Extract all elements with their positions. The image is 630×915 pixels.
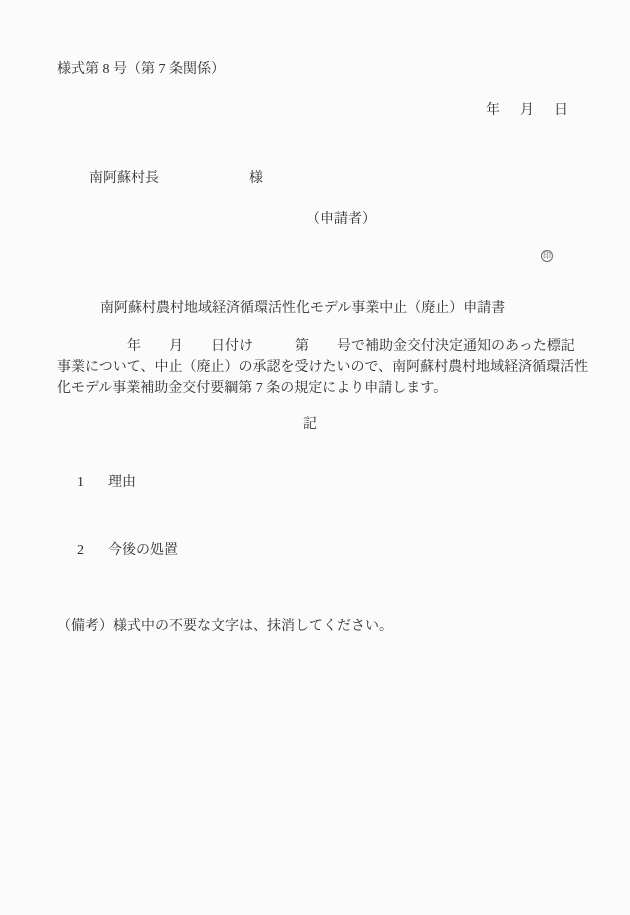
item-reason-label: 理由 (108, 475, 136, 490)
addressee-name: 南阿蘇村長 (89, 171, 159, 186)
applicant-label: （申請者） (306, 212, 376, 228)
addressee-line: 南阿蘇村長様 (75, 155, 263, 203)
item-future-measures: 2今後の処置 (63, 527, 178, 575)
document-title: 南阿蘇村農村地域経済循環活性化モデル事業中止（廃止）申請書 (100, 301, 505, 317)
item-reason: 1理由 (63, 459, 136, 507)
record-heading: 記 (303, 417, 317, 433)
body-paragraph-line-2: 事業について、中止（廃止）の承認を受けたいので、南阿蘇村農村地域経済循環活性 (57, 360, 588, 376)
item-future-measures-number: 2 (77, 543, 84, 558)
item-reason-number: 1 (77, 475, 84, 490)
addressee-honorific: 様 (249, 171, 263, 186)
item-future-measures-label: 今後の処置 (108, 543, 178, 558)
form-number-heading: 様式第 8 号（第 7 条関係） (57, 62, 225, 78)
remarks-note: （備考）様式中の不要な文字は、抹消してください。 (57, 619, 393, 635)
date-blank-line: 年 月 日 (486, 103, 571, 119)
body-paragraph-line-1: 年 月 日付け 第 号で補助金交付決定通知のあった標記 (57, 339, 575, 355)
application-form-page: 様式第 8 号（第 7 条関係） 年 月 日 南阿蘇村長様 （申請者） 印 南阿… (0, 0, 630, 915)
seal-character: 印 (543, 252, 551, 260)
body-paragraph-line-3: 化モデル事業補助金交付要綱第 7 条の規定により申請します。 (57, 381, 447, 397)
seal-mark-icon: 印 (541, 250, 553, 262)
